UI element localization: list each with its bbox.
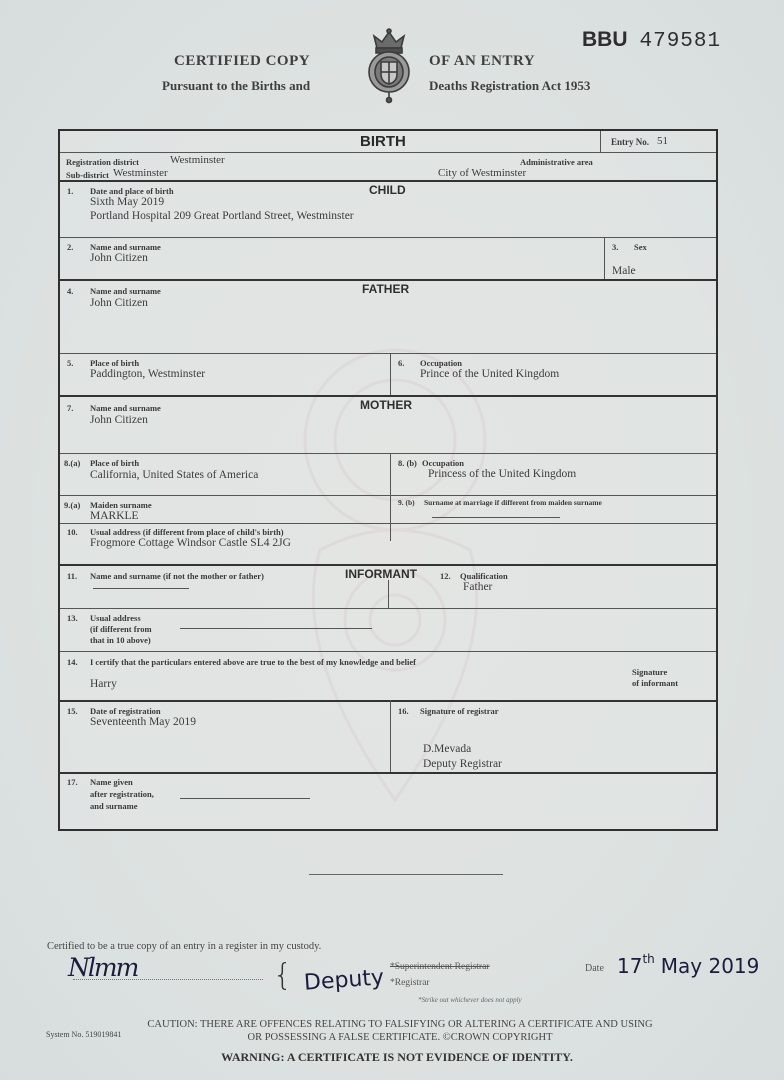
divider	[60, 651, 716, 652]
father-occupation: Prince of the United Kingdom	[420, 368, 559, 382]
date-of-registration: Seventeenth May 2019	[90, 716, 196, 730]
section-father: FATHER	[362, 282, 409, 296]
field-1-num: 1.	[67, 186, 73, 197]
divider	[60, 180, 716, 182]
child-place-of-birth: Portland Hospital 209 Great Portland Str…	[90, 210, 354, 224]
field-3-num: 3.	[612, 242, 618, 253]
header-subtitle-left: Pursuant to the Births and	[162, 78, 310, 94]
header-subtitle-right: Deaths Registration Act 1953	[429, 78, 590, 94]
divider	[600, 131, 601, 152]
field-13-label-1: Usual address	[90, 613, 141, 624]
royal-crest-icon	[364, 28, 414, 104]
form-title: BIRTH	[360, 133, 406, 150]
field-12-num: 12.	[440, 571, 451, 582]
date-rest: May 2019	[661, 954, 760, 978]
field-4-num: 4.	[67, 286, 73, 297]
signature-of-informant-label-2: of informant	[632, 678, 678, 689]
brace-glyph: {	[273, 958, 292, 993]
entry-no-label: Entry No.	[611, 137, 649, 148]
date-suffix: th	[642, 952, 654, 966]
administrative-area: City of Westminster	[438, 167, 526, 180]
divider	[60, 395, 716, 397]
usual-address: Frogmore Cottage Windsor Castle SL4 2JG	[90, 537, 291, 551]
surname-at-marriage-blank	[432, 517, 560, 518]
field-13-label-2: (if different from	[90, 624, 152, 635]
section-informant: INFORMANT	[345, 567, 417, 581]
divider	[60, 772, 716, 774]
divider	[390, 700, 391, 772]
field-14-num: 14.	[67, 657, 78, 668]
field-5-num: 5.	[67, 358, 73, 369]
field-4-label: Name and surname	[90, 286, 161, 297]
field-7-label: Name and surname	[90, 403, 161, 414]
informant-name-blank	[93, 588, 189, 589]
section-mother: MOTHER	[360, 398, 412, 412]
field-10-num: 10.	[67, 527, 78, 538]
field-16-label: Signature of registrar	[420, 706, 499, 717]
field-17-label-3: and surname	[90, 801, 137, 812]
field-17-label-1: Name given	[90, 777, 133, 788]
divider	[388, 580, 389, 608]
serial-prefix: BBU	[582, 28, 628, 51]
field-9a-num: 9.(a)	[64, 500, 80, 511]
divider	[60, 700, 716, 702]
divider	[60, 353, 716, 354]
divider	[604, 237, 605, 279]
divider	[390, 353, 391, 395]
field-8a-num: 8.(a)	[64, 458, 80, 469]
center-rule	[309, 874, 503, 875]
father-name: John Citizen	[90, 297, 148, 311]
birth-entry-form: BIRTH Entry No. 51 Registration district…	[58, 129, 718, 831]
signature-of-informant-label-1: Signature	[632, 667, 667, 678]
serial-digits: 479581	[640, 30, 722, 53]
deputy-handwritten: Deputy	[303, 965, 385, 996]
birth-certificate-page: CERTIFIED COPY Pursuant to the Births an…	[0, 0, 784, 1080]
certifier-signature: Nlmm	[68, 953, 137, 982]
field-15-num: 15.	[67, 706, 78, 717]
field-16-num: 16.	[398, 706, 409, 717]
father-place-of-birth: Paddington, Westminster	[90, 368, 205, 382]
field-13-num: 13.	[67, 613, 78, 624]
informant-qualification: Father	[463, 581, 492, 595]
divider	[60, 152, 716, 153]
field-8a-label: Place of birth	[90, 458, 139, 469]
mother-occupation: Princess of the United Kingdom	[428, 468, 576, 482]
field-17-num: 17.	[67, 777, 78, 788]
divider	[60, 495, 716, 496]
field-9b-num: 9. (b)	[398, 498, 415, 507]
caution-line-1: CAUTION: THERE ARE OFFENCES RELATING TO …	[110, 1018, 690, 1031]
divider	[60, 453, 716, 454]
strike-out-note: *Strike out whichever does not apply	[418, 996, 522, 1004]
date-label: Date	[585, 963, 604, 974]
header-title-left: CERTIFIED COPY	[174, 53, 310, 70]
divider	[60, 564, 716, 566]
divider	[60, 237, 716, 238]
field-2-num: 2.	[67, 242, 73, 253]
field-14-label: I certify that the particulars entered a…	[90, 657, 416, 668]
registrar-label: *Registrar	[390, 978, 430, 988]
divider	[60, 279, 716, 281]
entry-no: 51	[657, 135, 668, 148]
mother-name: John Citizen	[90, 414, 148, 428]
certified-true-copy-text: Certified to be a true copy of an entry …	[47, 941, 321, 952]
field-7-num: 7.	[67, 403, 73, 414]
field-17-label-2: after registration,	[90, 789, 154, 800]
caution-line-2: OR POSSESSING A FALSE CERTIFICATE. ©CROW…	[110, 1031, 690, 1044]
superintendent-registrar-struck: *Superintendent Registrar	[390, 962, 489, 972]
sub-district: Westminster	[113, 167, 168, 180]
divider	[390, 453, 391, 541]
mother-maiden-surname: MARKLE	[90, 510, 139, 524]
date-day: 17	[617, 954, 642, 978]
certified-date-handwritten: 17thMay 2019	[617, 952, 759, 978]
divider	[60, 523, 716, 524]
serial-number: BBU479581	[582, 27, 721, 53]
informant-signature: Harry	[90, 678, 117, 692]
child-date-of-birth: Sixth May 2019	[90, 196, 164, 210]
identity-warning: WARNING: A CERTIFICATE IS NOT EVIDENCE O…	[0, 1050, 784, 1065]
section-child: CHILD	[369, 183, 406, 197]
child-name: John Citizen	[90, 252, 148, 266]
administrative-area-label: Administrative area	[520, 157, 593, 168]
field-8b-num: 8. (b)	[398, 458, 417, 469]
mother-place-of-birth: California, United States of America	[90, 469, 258, 483]
field-3-label: Sex	[634, 242, 647, 253]
name-after-registration-blank	[180, 798, 310, 799]
registrar-title: Deputy Registrar	[423, 758, 502, 772]
field-11-label: Name and surname (if not the mother or f…	[90, 571, 264, 582]
registrar-name: D.Mevada	[423, 743, 471, 757]
header-title-right: OF AN ENTRY	[429, 53, 535, 70]
caution-notice: CAUTION: THERE ARE OFFENCES RELATING TO …	[110, 1018, 690, 1044]
field-9b-label: Surname at marriage if different from ma…	[424, 498, 602, 507]
field-6-num: 6.	[398, 358, 404, 369]
field-11-num: 11.	[67, 571, 77, 582]
child-sex: Male	[612, 265, 636, 279]
divider	[60, 608, 716, 609]
field-13-label-3: that in 10 above)	[90, 635, 151, 646]
registration-district: Westminster	[170, 154, 225, 167]
informant-address-blank	[180, 628, 372, 629]
